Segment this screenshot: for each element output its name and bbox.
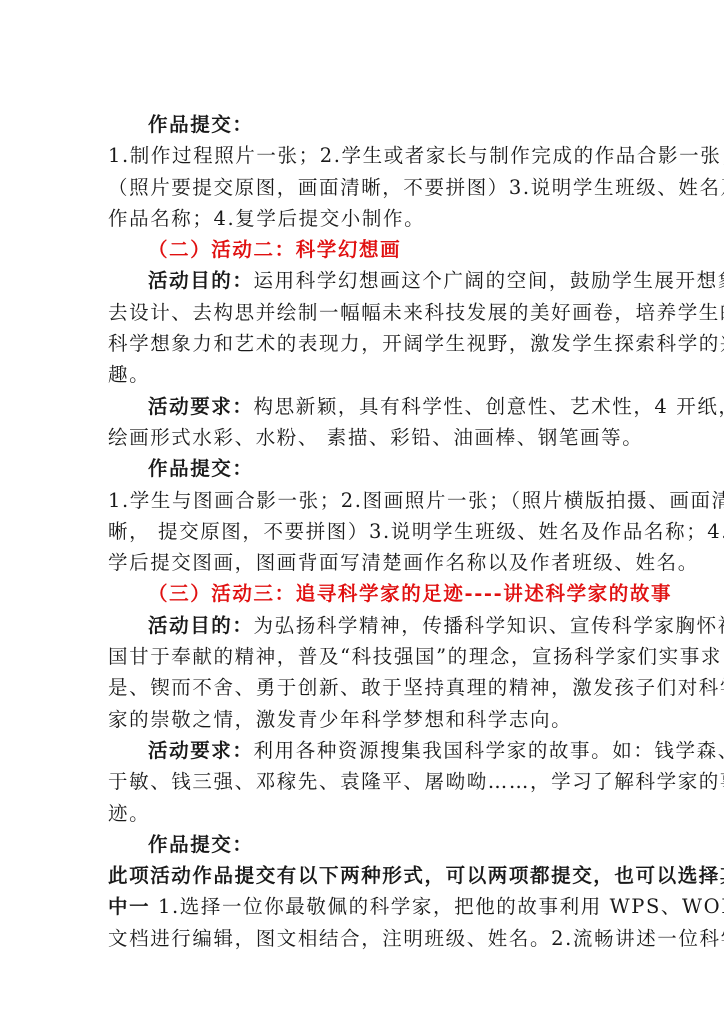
activity2-requirement-text: 构思新颖，具有科学性、创意性、艺术性，4 开纸， [254,395,724,418]
activity3-purpose-line-4: 家的崇敬之情，激发青少年科学梦想和科学志向。 [108,704,616,735]
activity3-purpose-line-2: 国甘于奉献的精神，普及“科技强国”的理念，宣扬科学家们实事求 [108,641,616,672]
activity2-requirement-line-2: 绘画形式水彩、水粉、 素描、彩铅、油画棒、钢笔画等。 [108,422,616,453]
activity3-submission-line-1: 此项活动作品提交有以下两种形式，可以两项都提交，也可以选择其 [108,860,616,891]
activity3-purpose-text: 为弘扬科学精神，传播科学知识、宣传科学家胸怀祖 [254,614,724,637]
activity3-submission-text: 1.选择一位你最敬佩的科学家，把他的故事利用 WPS、WORD [150,895,724,918]
activity3-submission-bold-tail: 中一 [108,895,150,918]
activity2-submission-label: 作品提交： [108,453,616,484]
activity2-submission-line-3: 学后提交图画，图画背面写清楚画作名称以及作者班级、姓名。 [108,547,616,578]
activity2-submission-line-2: 晰， 提交原图，不要拼图）3.说明学生班级、姓名及作品名称；4.复 [108,516,616,547]
activity2-purpose-line-2: 去设计、去构思并绘制一幅幅未来科技发展的美好画卷，培养学生的 [108,297,616,328]
activity2-submission-line-1: 1.学生与图画合影一张；2.图画照片一张；（照片横版拍摄、画面清 [108,485,616,516]
activity3-requirement-line-1: 活动要求：利用各种资源搜集我国科学家的故事。如：钱学森、 [108,735,616,766]
activity3-purpose-label: 活动目的： [148,614,254,637]
activity2-purpose-label: 活动目的： [148,269,254,292]
activity3-requirement-line-2: 于敏、钱三强、邓稼先、袁隆平、屠呦呦……，学习了解科学家的事 [108,766,616,797]
activity3-purpose-line-3: 是、锲而不舍、勇于创新、敢于坚持真理的精神，激发孩子们对科学 [108,672,616,703]
document-page: 作品提交： 1.制作过程照片一张；2.学生或者家长与制作完成的作品合影一张； （… [108,109,616,954]
activity3-purpose-line-1: 活动目的：为弘扬科学精神，传播科学知识、宣传科学家胸怀祖 [108,610,616,641]
activity3-requirement-line-3: 迹。 [108,798,616,829]
craft-submission-label: 作品提交： [108,109,616,140]
activity2-purpose-line-3: 科学想象力和艺术的表现力，开阔学生视野，激发学生探索科学的兴 [108,328,616,359]
craft-submission-line-1: 1.制作过程照片一张；2.学生或者家长与制作完成的作品合影一张； [108,140,616,171]
activity2-purpose-text: 运用科学幻想画这个广阔的空间，鼓励学生展开想象 [254,269,724,292]
activity3-heading: （三）活动三：追寻科学家的足迹----讲述科学家的故事 [108,578,616,609]
activity3-requirement-text: 利用各种资源搜集我国科学家的故事。如：钱学森、 [254,739,724,762]
craft-submission-line-3: 作品名称；4.复学后提交小制作。 [108,203,616,234]
activity3-submission-line-2: 中一 1.选择一位你最敬佩的科学家，把他的故事利用 WPS、WORD [108,891,616,922]
activity3-requirement-label: 活动要求： [148,739,254,762]
activity3-submission-label: 作品提交： [108,829,616,860]
activity2-requirement-line-1: 活动要求：构思新颖，具有科学性、创意性、艺术性，4 开纸， [108,391,616,422]
activity2-heading: （二）活动二：科学幻想画 [108,234,616,265]
craft-submission-line-2: （照片要提交原图，画面清晰，不要拼图）3.说明学生班级、姓名及 [108,172,616,203]
activity2-purpose-line-4: 趣。 [108,359,616,390]
activity3-submission-line-3: 文档进行编辑，图文相结合，注明班级、姓名。2.流畅讲述一位科学 [108,923,616,954]
activity2-requirement-label: 活动要求： [148,395,254,418]
activity2-purpose-line-1: 活动目的：运用科学幻想画这个广阔的空间，鼓励学生展开想象 [108,265,616,296]
